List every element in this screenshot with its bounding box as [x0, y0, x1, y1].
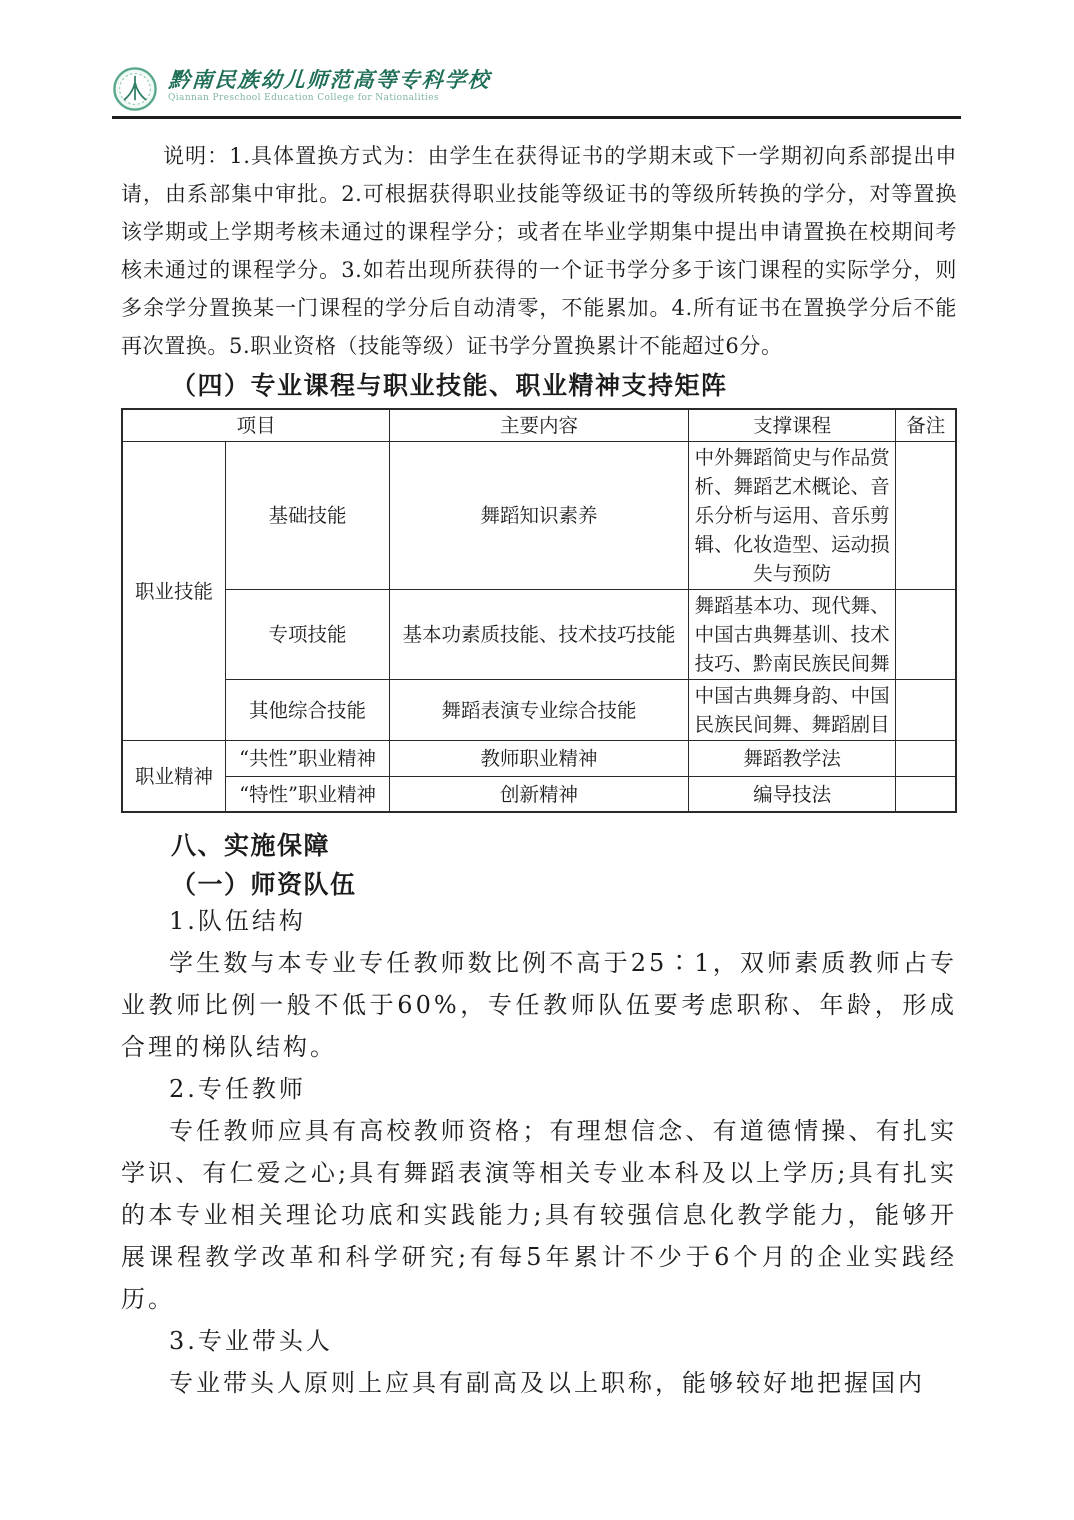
- table-row: 专项技能 基本功素质技能、技术技巧技能 舞蹈基本功、现代舞、中国古典舞基训、技术…: [122, 590, 956, 680]
- courses-cell: 中国古典舞身韵、中国民族民间舞、舞蹈剧目: [688, 680, 896, 741]
- document-page: 黔南民族幼儿师范高等专科学校 Qiannan Preschool Educati…: [0, 0, 1074, 1520]
- item-cell: “特性”职业精神: [225, 777, 389, 813]
- item-cell: 其他综合技能: [225, 680, 389, 741]
- school-emblem-icon: [112, 66, 158, 116]
- table-row: 职业技能 基础技能 舞蹈知识素养 中外舞蹈简史与作品赏析、舞蹈艺术概论、音乐分析…: [122, 442, 956, 590]
- col-header-content: 主要内容: [390, 409, 689, 442]
- content-cell: 基本功素质技能、技术技巧技能: [390, 590, 689, 680]
- section8-sub1-heading: （一）师资队伍: [121, 870, 957, 900]
- school-name-chinese: 黔南民族幼儿师范高等专科学校: [168, 69, 492, 91]
- table-header-row: 项目 主要内容 支撑课程 备注: [122, 409, 956, 442]
- item3-paragraph: 专业带头人原则上应具有副高及以上职称，能够较好地把握国内: [121, 1362, 957, 1404]
- item3-title: 3.专业带头人: [121, 1320, 957, 1362]
- remark-cell: [896, 590, 956, 680]
- item2-paragraph: 专任教师应具有高校教师资格；有理想信念、有道德情操、有扎实学识、有仁爱之心;具有…: [121, 1110, 957, 1320]
- table-row: 职业精神 “共性”职业精神 教师职业精神 舞蹈教学法: [122, 741, 956, 777]
- content-cell: 教师职业精神: [390, 741, 689, 777]
- remark-cell: [896, 777, 956, 813]
- remark-cell: [896, 680, 956, 741]
- letterhead: 黔南民族幼儿师范高等专科学校 Qiannan Preschool Educati…: [112, 66, 957, 112]
- col-header-item: 项目: [122, 409, 390, 442]
- note-paragraph: 说明：1.具体置换方式为：由学生在获得证书的学期末或下一学期初向系部提出申请，由…: [121, 137, 957, 365]
- item1-paragraph: 学生数与本专业专任教师数比例不高于25∶1，双师素质教师占专业教师比例一般不低于…: [121, 942, 957, 1068]
- col-header-courses: 支撑课程: [688, 409, 896, 442]
- table-row: 其他综合技能 舞蹈表演专业综合技能 中国古典舞身韵、中国民族民间舞、舞蹈剧目: [122, 680, 956, 741]
- courses-cell: 编导技法: [688, 777, 896, 813]
- content-cell: 舞蹈表演专业综合技能: [390, 680, 689, 741]
- item2-title: 2.专任教师: [121, 1068, 957, 1110]
- letterhead-text: 黔南民族幼儿师范高等专科学校 Qiannan Preschool Educati…: [168, 66, 490, 104]
- section8-heading: 八、实施保障: [121, 831, 957, 861]
- support-matrix-table: 项目 主要内容 支撑课程 备注 职业技能 基础技能 舞蹈知识素养 中外舞蹈简史与…: [121, 408, 957, 813]
- remark-cell: [896, 442, 956, 590]
- item1-title: 1.队伍结构: [121, 900, 957, 942]
- courses-cell: 中外舞蹈简史与作品赏析、舞蹈艺术概论、音乐分析与运用、音乐剪辑、化妆造型、运动损…: [688, 442, 896, 590]
- courses-cell: 舞蹈基本功、现代舞、中国古典舞基训、技术技巧、黔南民族民间舞: [688, 590, 896, 680]
- category-cell: 职业技能: [122, 442, 225, 741]
- item-cell: 基础技能: [225, 442, 389, 590]
- content-cell: 创新精神: [390, 777, 689, 813]
- school-name-english: Qiannan Preschool Education College for …: [168, 92, 490, 104]
- header-rule: [112, 116, 961, 119]
- section4-heading: （四）专业课程与职业技能、职业精神支持矩阵: [121, 371, 957, 401]
- table-row: “特性”职业精神 创新精神 编导技法: [122, 777, 956, 813]
- category-cell: 职业精神: [122, 741, 225, 813]
- remark-cell: [896, 741, 956, 777]
- item-cell: 专项技能: [225, 590, 389, 680]
- item-cell: “共性”职业精神: [225, 741, 389, 777]
- col-header-remark: 备注: [896, 409, 956, 442]
- content-cell: 舞蹈知识素养: [390, 442, 689, 590]
- courses-cell: 舞蹈教学法: [688, 741, 896, 777]
